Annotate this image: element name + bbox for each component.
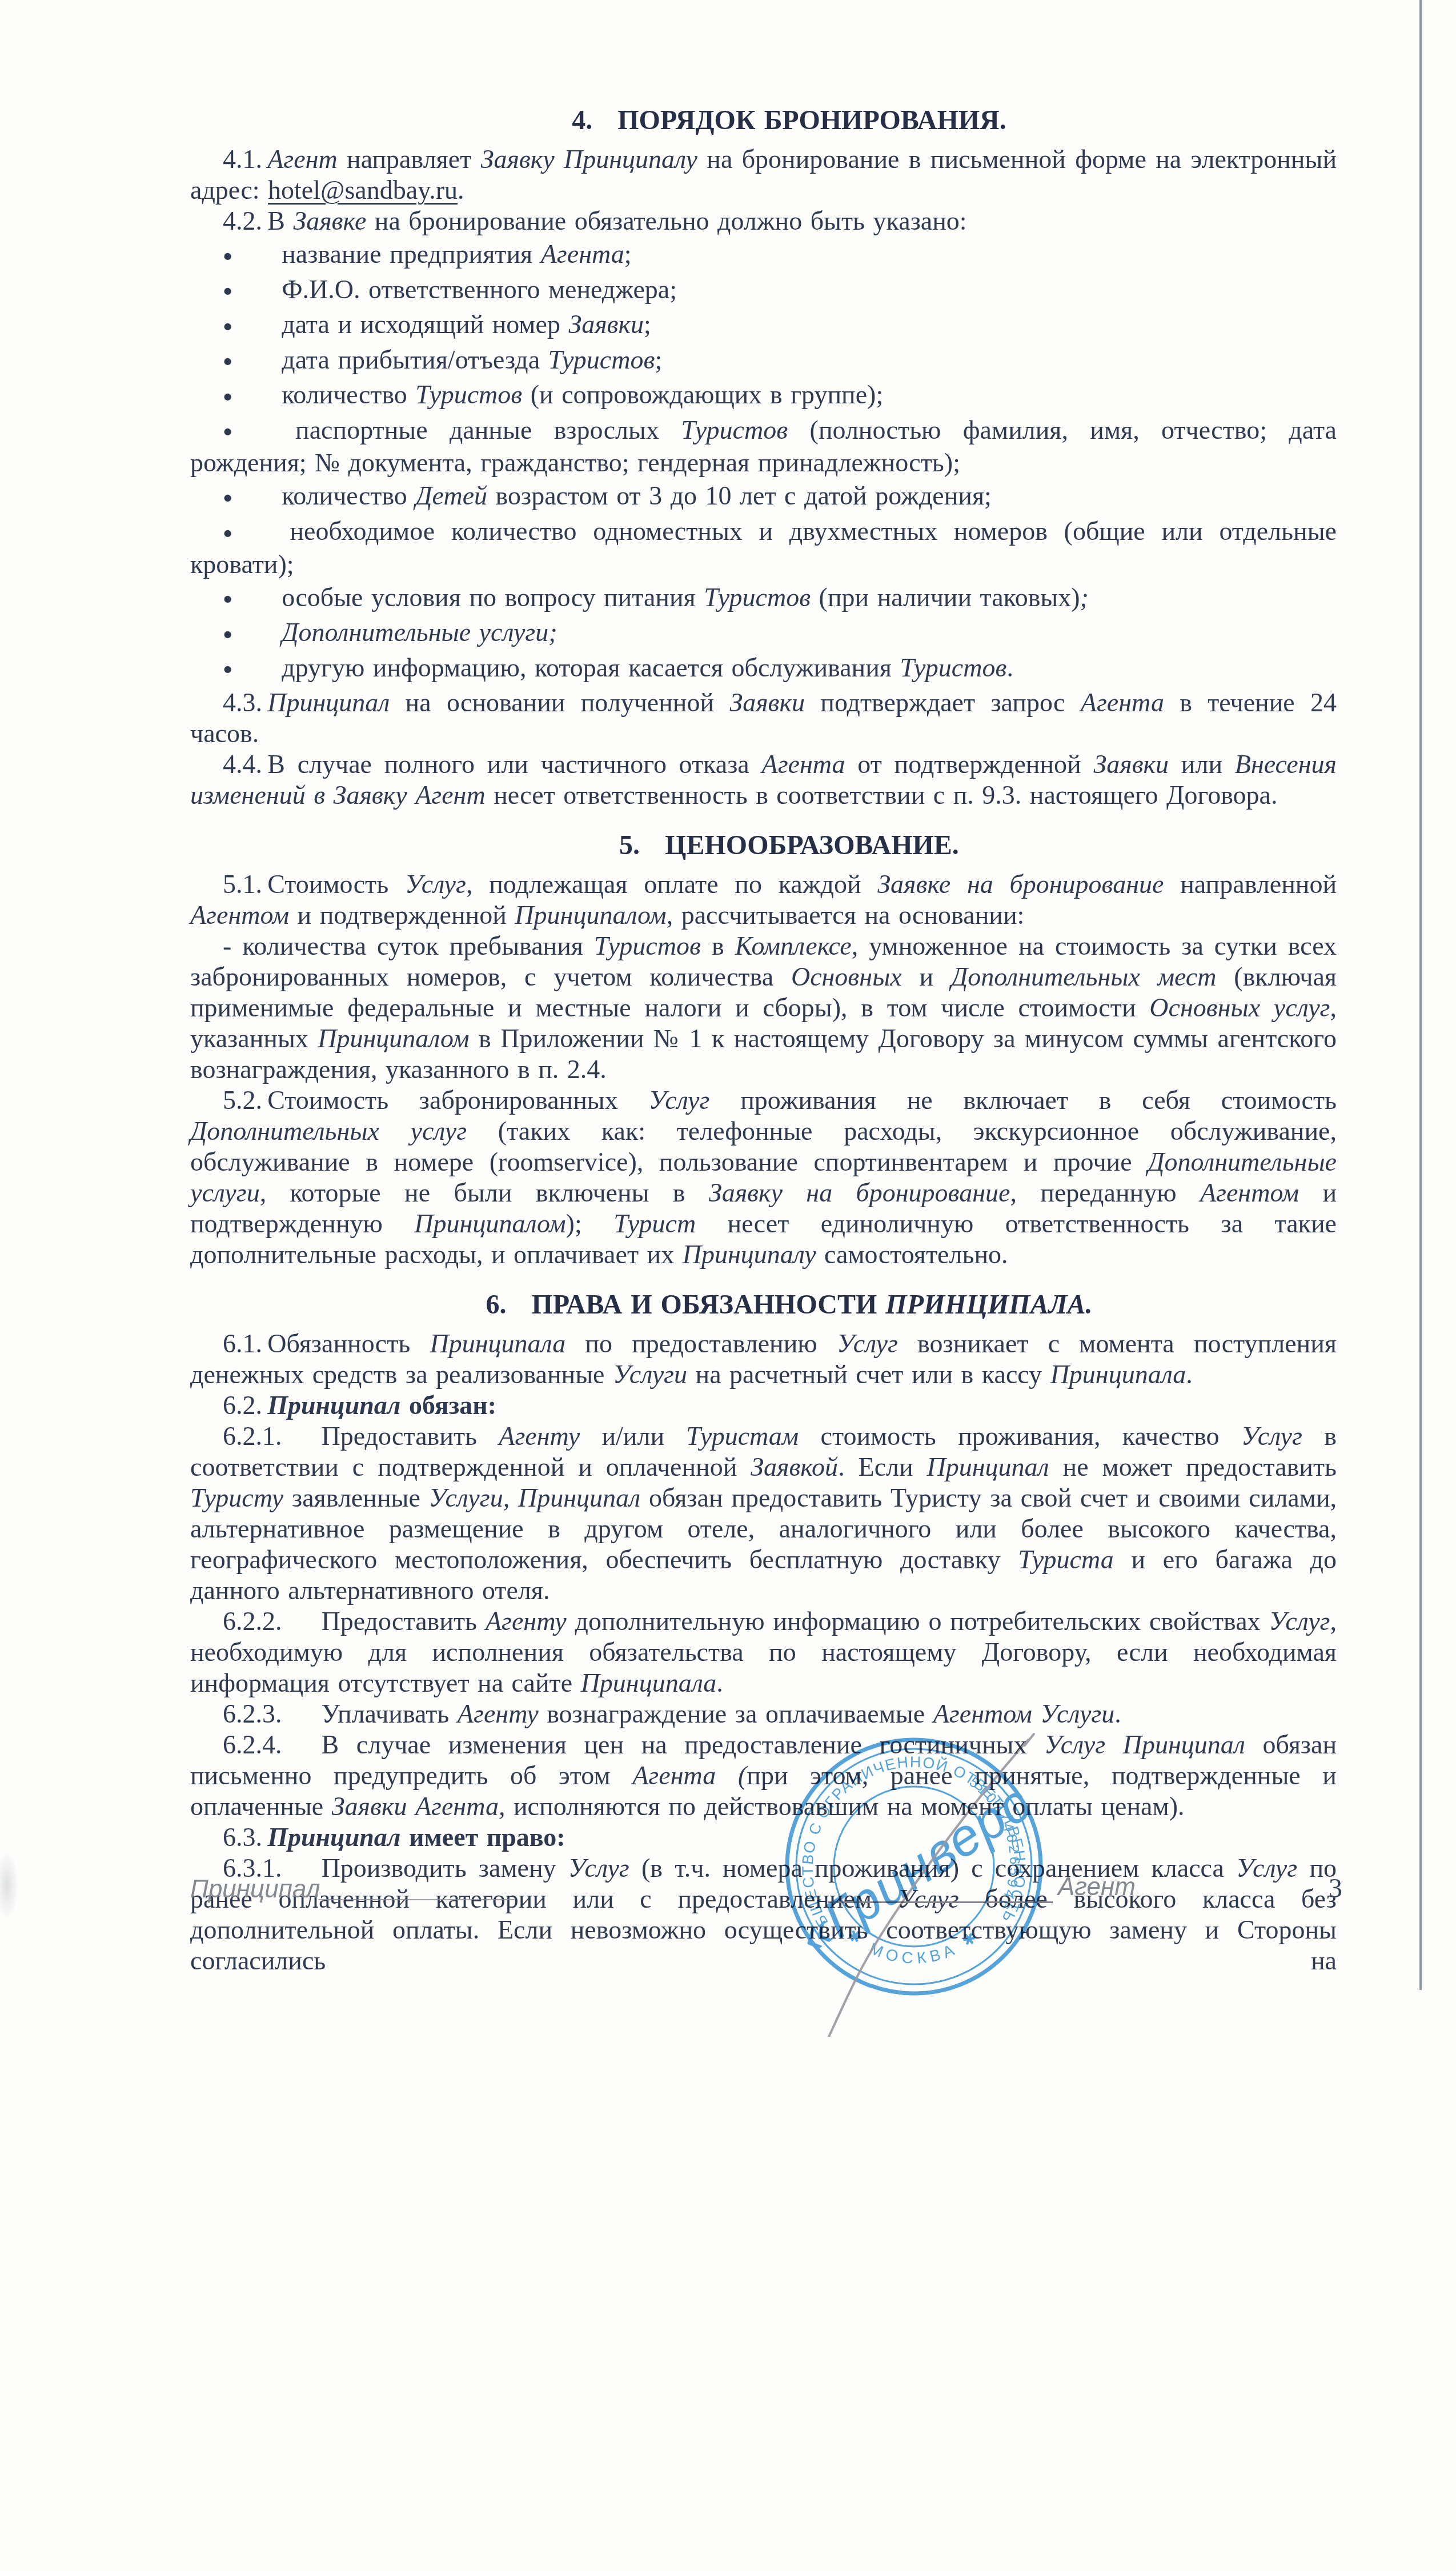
bullet-item: ●особые условия по вопросу питания Турис… — [190, 582, 1337, 615]
text-segment: ПРАВА И ОБЯЗАННОСТИ — [531, 1289, 885, 1320]
bullet-icon: ● — [223, 318, 232, 335]
paragraph: 4.3. Принципал на основании полученной З… — [190, 687, 1337, 749]
text-segment: 5.1. Стоимость — [223, 870, 405, 899]
text-segment: 6.2.3. Уплачивать — [223, 1699, 458, 1728]
bullet-item: ●дата и исходящий номер Заявки; — [190, 309, 1337, 342]
bullet-item: ●количество Детей возрастом от 3 до 10 л… — [190, 480, 1337, 514]
text-segment: дата и исходящий номер — [282, 310, 568, 339]
text-segment: Услуги, Принципал — [429, 1483, 640, 1512]
text-segment: . — [1114, 1699, 1121, 1728]
text-segment: Агента — [1081, 688, 1164, 717]
text-segment: ; — [1080, 583, 1089, 612]
principal-signature-label: Принципал______________ — [190, 1875, 516, 1904]
text-segment: Туристов — [704, 583, 811, 612]
text-segment: Детей — [415, 481, 487, 510]
text-segment: название предприятия — [282, 239, 541, 269]
text-segment: Туристов — [548, 345, 655, 374]
bullet-icon: ● — [223, 282, 232, 300]
text-segment: Агента — [541, 239, 624, 269]
text-segment: Принципала — [581, 1668, 717, 1697]
text-segment: , которые не были включены в — [260, 1178, 709, 1207]
text-segment: . Если — [838, 1452, 926, 1481]
text-segment: Услуг — [837, 1329, 898, 1358]
bullet-icon: ● — [223, 660, 232, 678]
text-segment: Туристов — [594, 931, 701, 960]
scan-edge-line — [1419, 0, 1422, 1990]
text-segment: Принципалом — [318, 1024, 469, 1053]
text-segment: Турист — [613, 1209, 696, 1238]
text-segment: Основных услуг — [1149, 993, 1330, 1022]
text-segment: несет ответственность в соответствии с п… — [486, 780, 1278, 810]
text-segment: Туриста — [1018, 1545, 1114, 1574]
scan-smudge — [0, 1851, 18, 1920]
bullet-item: ●Ф.И.О. ответственного менеджера; — [190, 274, 1337, 307]
text-segment: Дополнительные услуги; — [282, 618, 557, 647]
bullet-item: ●название предприятия Агента; — [190, 239, 1337, 272]
text-segment: Принципал — [267, 1391, 400, 1420]
text-segment: ПРИНЦИПАЛА. — [885, 1289, 1092, 1320]
text-segment: Ф.И.О. ответственного менеджера; — [282, 275, 677, 304]
text-segment: Заявки — [729, 688, 805, 717]
bullet-item: ●паспортные данные взрослых Туристов (по… — [190, 415, 1337, 479]
text-segment: на расчетный счет или в кассу — [687, 1360, 1050, 1389]
text-segment: Услуг — [1241, 1421, 1302, 1451]
text-segment: в — [701, 931, 735, 960]
text-segment: паспортные данные взрослых — [295, 415, 681, 444]
text-segment: самостоятельно. — [816, 1240, 1008, 1269]
text-segment: 6.1. Обязанность — [223, 1329, 430, 1358]
text-segment: Услуг — [1269, 1607, 1330, 1636]
text-segment: или — [1169, 750, 1235, 779]
text-segment: Услуги — [613, 1360, 687, 1389]
text-segment: ; — [624, 239, 632, 269]
text-segment: дополнительную информацию о потребительс… — [567, 1607, 1269, 1636]
text-segment: Заявке на бронирование — [877, 870, 1164, 899]
text-segment: 4.4. В случае полного или частичного отк… — [223, 750, 762, 779]
bullet-item: ●дата прибытия/отъезда Туристов; — [190, 345, 1337, 378]
text-segment: 6.2.2. Предоставить — [223, 1607, 486, 1636]
text-segment: Услуг — [648, 1086, 709, 1115]
text-segment: Агентом — [190, 900, 289, 930]
text-segment: стоимость проживания, качество — [799, 1421, 1241, 1451]
text-segment: заявленные — [283, 1483, 428, 1512]
paragraph: 5.1. Стоимость Услуг, подлежащая оплате … — [190, 869, 1337, 931]
text-segment: на бронирование обязательно должно быть … — [366, 206, 966, 235]
text-segment: проживания не включает в себя стоимость — [709, 1086, 1337, 1115]
bullet-icon: ● — [223, 626, 232, 643]
text-segment: Принципал — [267, 688, 390, 717]
paragraph: 6.2. Принципал обязан: — [190, 1390, 1337, 1421]
paragraph: 6.2.1. Предоставить Агенту и/или Туриста… — [190, 1421, 1337, 1606]
text-segment: Принципалу — [683, 1240, 816, 1269]
text-segment: 4.3. — [223, 688, 267, 717]
text-segment: Туристов — [681, 415, 788, 444]
email-link: hotel@sandbay.ru — [268, 175, 458, 205]
text-segment: направленной — [1164, 870, 1337, 899]
text-segment: Агента ( — [632, 1761, 747, 1790]
text-segment: Услуг — [405, 870, 466, 899]
text-segment: Заявки Агента, — [332, 1792, 506, 1821]
text-segment: - количества суток пребывания — [223, 931, 594, 960]
section-number: 5. — [619, 830, 640, 860]
bullet-icon: ● — [223, 423, 246, 440]
text-segment: ; — [655, 345, 662, 374]
text-segment: Основных — [791, 962, 902, 991]
text-segment: особые условия по вопросу питания — [282, 583, 704, 612]
text-segment: количество — [282, 380, 415, 409]
text-segment: Принципала — [1050, 1360, 1186, 1389]
text-segment: подтверждает запрос — [805, 688, 1081, 717]
text-segment: на основании полученной — [390, 688, 729, 717]
section-heading: 6.ПРАВА И ОБЯЗАННОСТИ ПРИНЦИПАЛА. — [190, 1289, 1337, 1320]
text-segment: от подтвержденной — [845, 750, 1094, 779]
text-segment: и/или — [580, 1421, 686, 1451]
text-segment: обязан: — [400, 1391, 496, 1420]
text-segment: ; — [644, 310, 651, 339]
text-segment: , переданную — [1010, 1178, 1200, 1207]
text-segment: ПОРЯДОК БРОНИРОВАНИЯ. — [617, 105, 1006, 135]
text-segment: Туристов — [415, 380, 522, 409]
text-segment: , подлежащая оплате по каждой — [466, 870, 877, 899]
text-segment: 4.2. В — [223, 206, 293, 235]
text-segment: (и сопровождающих в группе); — [522, 380, 883, 409]
text-segment: и — [902, 962, 951, 991]
text-segment: необходимое количество одноместных и дву… — [190, 516, 1337, 579]
text-segment: Туристам — [686, 1421, 799, 1451]
bullet-item: ●количество Туристов (и сопровождающих в… — [190, 379, 1337, 413]
text-segment: Услуг — [1236, 1853, 1297, 1883]
text-segment: . — [458, 175, 464, 205]
bullet-icon: ● — [223, 489, 232, 507]
text-segment: имеет право: — [400, 1823, 565, 1852]
text-segment: 6.2. — [223, 1391, 267, 1420]
text-segment: Агентом — [1200, 1178, 1299, 1207]
text-segment: Туристов — [900, 653, 1007, 682]
paragraph: 6.1. Обязанность Принципала по предостав… — [190, 1328, 1337, 1390]
text-segment: и подтвержденной — [289, 900, 515, 930]
paragraph: 6.2.2. Предоставить Агенту дополнительну… — [190, 1606, 1337, 1699]
text-segment: Агенту — [458, 1699, 539, 1728]
document-body: 4.ПОРЯДОК БРОНИРОВАНИЯ.4.1. Агент направ… — [190, 86, 1337, 1976]
text-segment: . — [1186, 1360, 1193, 1389]
paragraph: 5.2. Стоимость забронированных Услуг про… — [190, 1085, 1337, 1270]
text-segment: 6.2.1. Предоставить — [223, 1421, 499, 1451]
text-segment: Заявки — [568, 310, 644, 339]
text-segment: Принципал — [267, 1823, 400, 1852]
text-segment: Услуг Принципал — [1044, 1730, 1245, 1759]
text-segment: Дополнительных услуг — [190, 1116, 467, 1146]
text-segment: Агенту — [486, 1607, 567, 1636]
text-segment: Комплексе — [735, 931, 852, 960]
text-segment: , рассчитывается на основании: — [667, 900, 1025, 930]
text-segment: . — [716, 1668, 723, 1697]
text-segment: Заявку на бронирование — [709, 1178, 1010, 1207]
bullet-icon: ● — [223, 524, 240, 542]
company-stamp: ОБЩЕСТВО С ОГРАНИЧЕННОЙ ОТВЕТСТВЕННОСТЬЮ… — [754, 1705, 1074, 2037]
paragraph: 4.4. В случае полного или частичного отк… — [190, 749, 1337, 811]
text-segment: Заявке — [293, 206, 366, 235]
text-segment: . — [1006, 653, 1013, 682]
bullet-icon: ● — [223, 353, 232, 370]
text-segment: не может предоставить — [1049, 1452, 1337, 1481]
text-segment: Агенту — [499, 1421, 580, 1451]
scanned-contract-page: 4.ПОРЯДОК БРОНИРОВАНИЯ.4.1. Агент направ… — [0, 0, 1456, 2571]
text-segment: другую информацию, которая касается обсл… — [282, 653, 900, 682]
text-segment: 6.3. — [223, 1823, 267, 1852]
text-segment: Услуг — [568, 1853, 629, 1883]
text-segment: возрастом от 3 до 10 лет с датой рождени… — [487, 481, 992, 510]
text-segment: ); — [566, 1209, 614, 1238]
text-segment: количество — [282, 481, 415, 510]
text-segment: направляет — [338, 145, 481, 174]
text-segment: Агента — [762, 750, 845, 779]
text-segment: Заявки — [1093, 750, 1169, 779]
paragraph: 4.1. Агент направляет Заявку Принципалу … — [190, 144, 1337, 206]
section-number: 6. — [486, 1289, 506, 1320]
section-number: 4. — [572, 105, 592, 135]
text-segment: (при наличии таковых) — [811, 583, 1080, 612]
bullet-icon: ● — [223, 590, 232, 608]
text-segment: Заявку Принципалу — [481, 145, 697, 174]
text-segment: 4.1. — [223, 145, 267, 174]
bullet-item: ●Дополнительные услуги; — [190, 617, 1337, 650]
text-segment: по предоставлению — [565, 1329, 837, 1358]
bullet-item: ●другую информацию, которая касается обс… — [190, 652, 1337, 686]
page-number: 3 — [1329, 1873, 1342, 1904]
text-segment: Принципалом — [515, 900, 666, 930]
paragraph: - количества суток пребывания Туристов в… — [190, 931, 1337, 1085]
text-segment: Принципала — [430, 1329, 566, 1358]
section-heading: 5.ЦЕНООБРАЗОВАНИЕ. — [190, 830, 1337, 861]
text-segment: ЦЕНООБРАЗОВАНИЕ. — [665, 830, 959, 860]
text-segment: Дополнительных мест — [951, 962, 1217, 991]
section-heading: 4.ПОРЯДОК БРОНИРОВАНИЯ. — [190, 105, 1337, 136]
text-segment: Туристу — [190, 1483, 283, 1512]
text-segment: Агент — [267, 145, 338, 174]
text-segment: Принципал — [927, 1452, 1049, 1481]
text-segment: дата прибытия/отъезда — [282, 345, 548, 374]
text-segment: 5.2. Стоимость забронированных — [223, 1086, 648, 1115]
bullet-icon: ● — [223, 388, 232, 406]
paragraph: 4.2. В Заявке на бронирование обязательн… — [190, 206, 1337, 237]
bullet-icon: ● — [223, 247, 232, 265]
text-segment: Заявкой — [751, 1452, 838, 1481]
bullet-item: ●необходимое количество одноместных и дв… — [190, 516, 1337, 580]
text-segment: Принципалом — [414, 1209, 565, 1238]
